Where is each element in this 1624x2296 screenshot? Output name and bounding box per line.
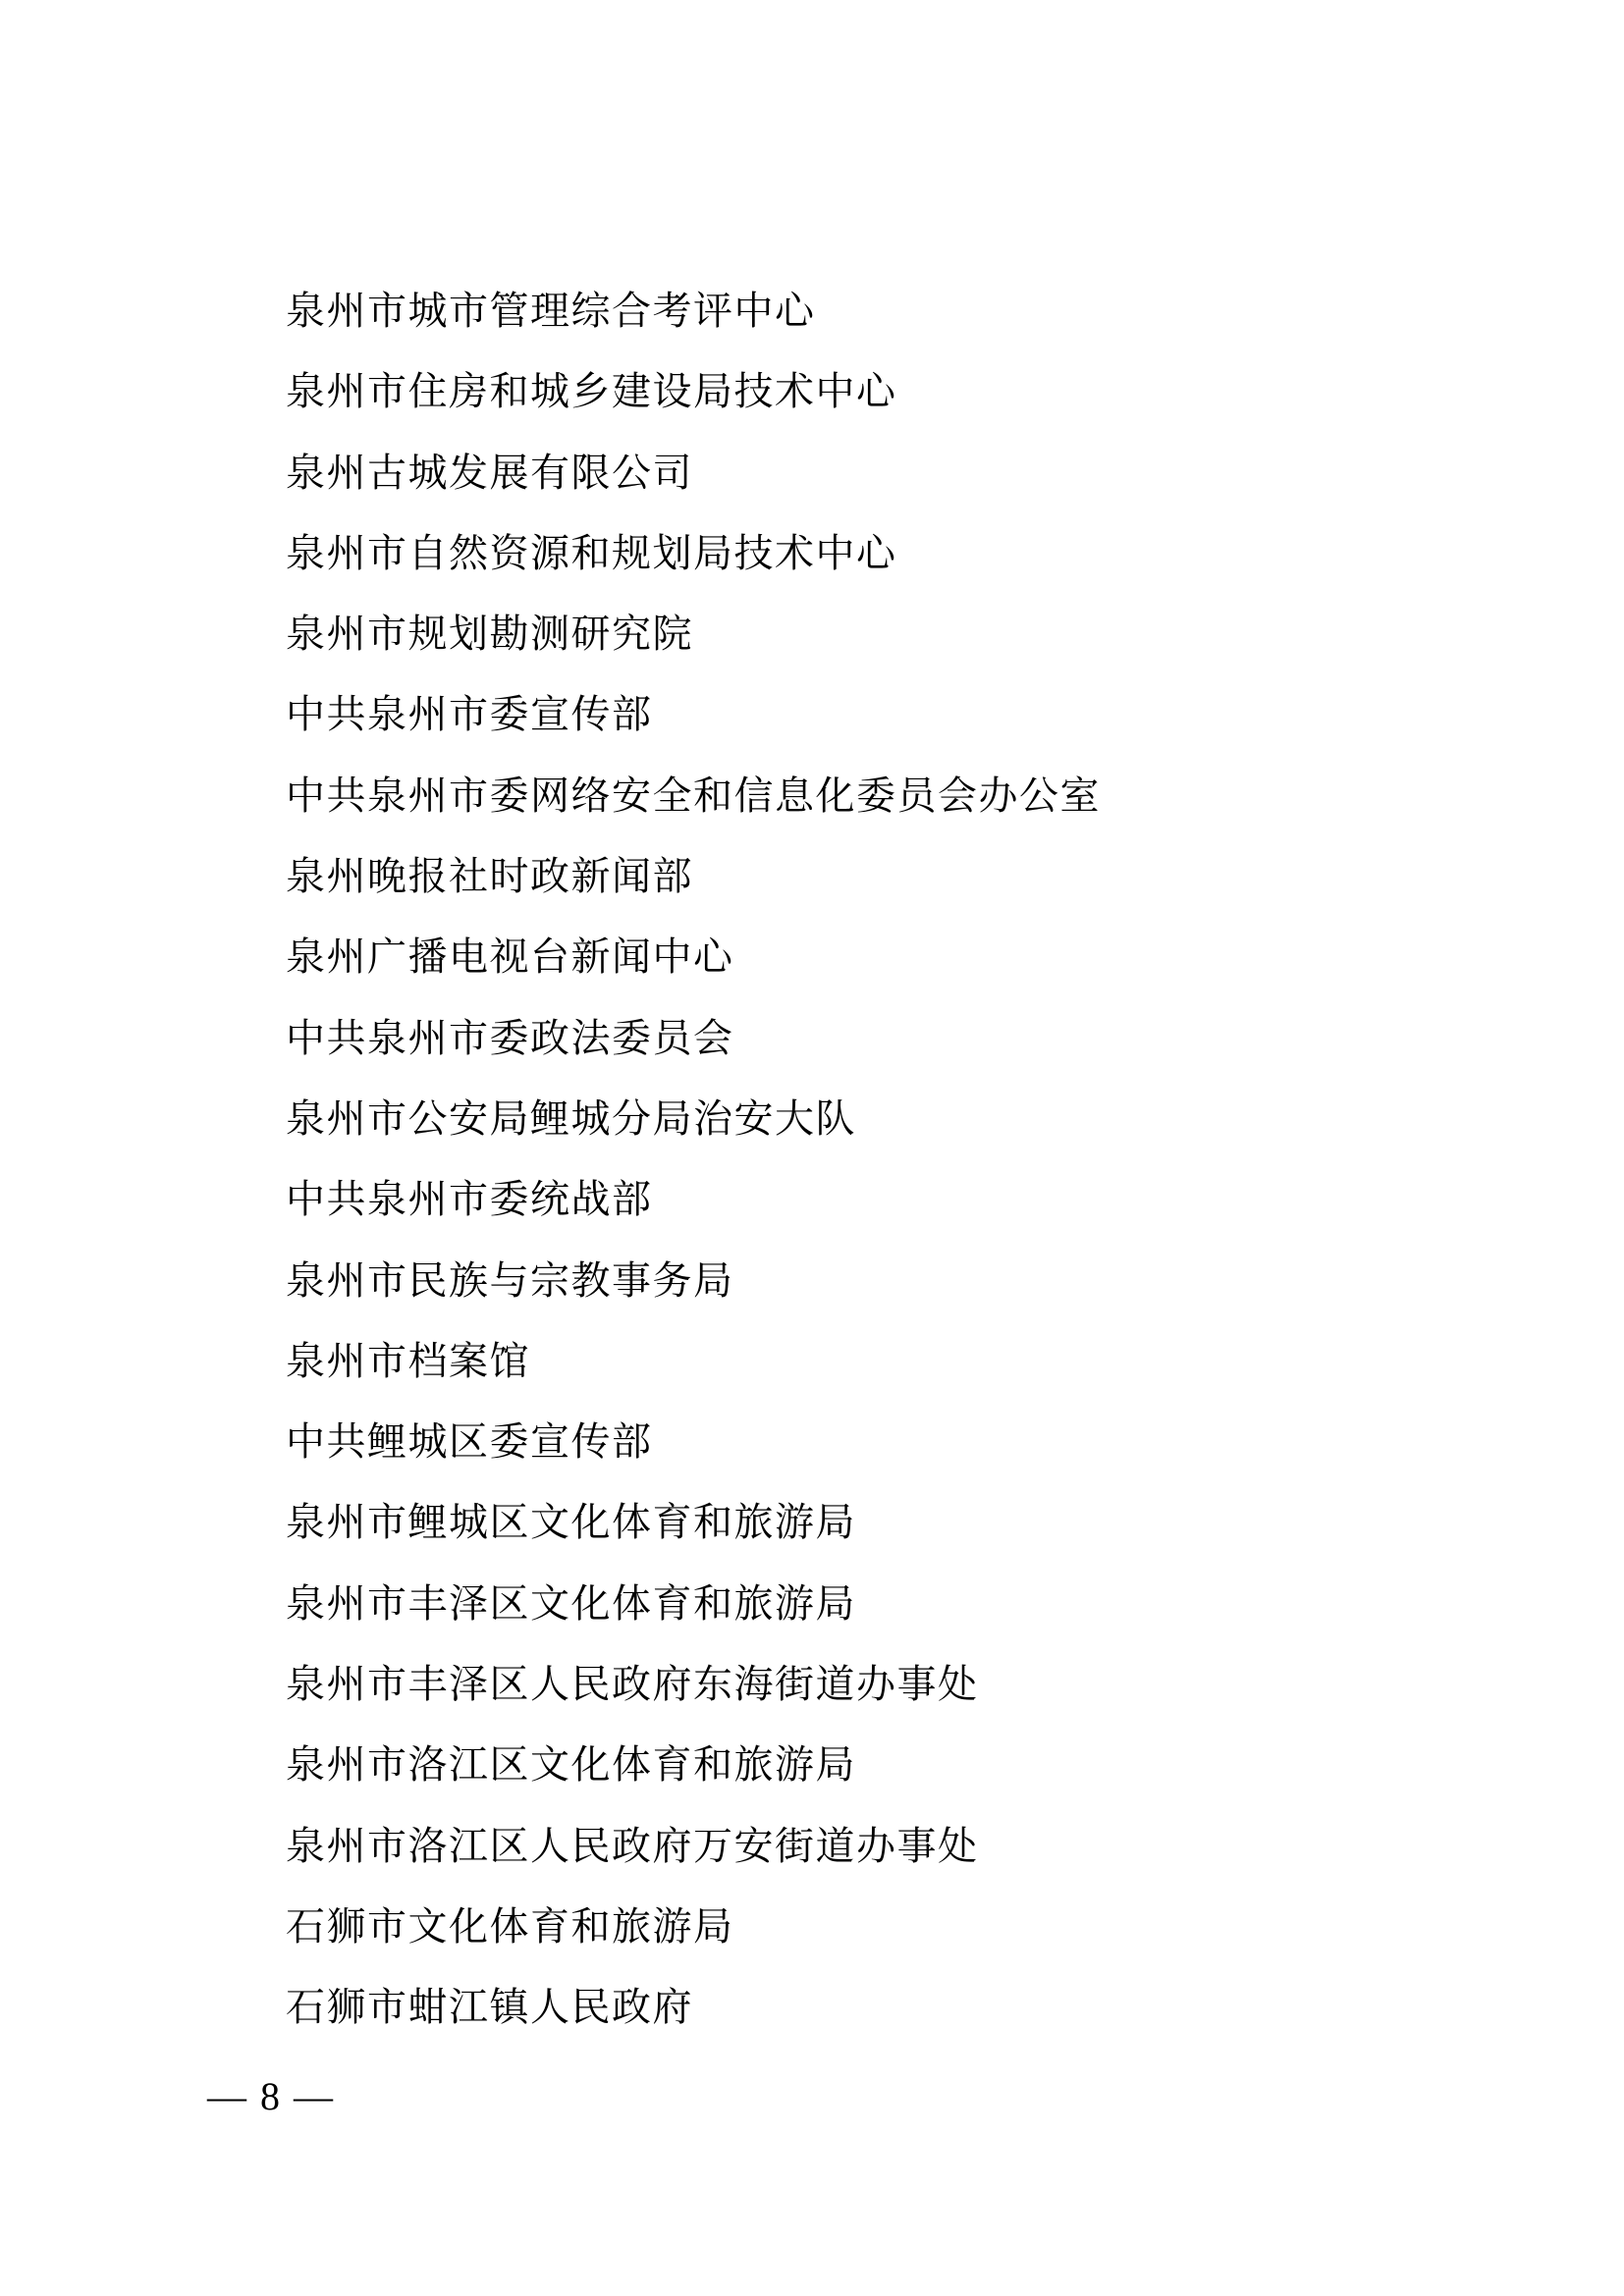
organization-name: 石狮市文化体育和旅游局 <box>286 1904 734 1949</box>
list-item: 泉州市丰泽区文化体育和旅游局 <box>286 1564 1101 1644</box>
list-item: 泉州市公安局鲤城分局治安大队 <box>286 1079 1101 1159</box>
list-item: 泉州晚报社时政新闻部 <box>286 836 1101 917</box>
list-item: 中共泉州市委宣传部 <box>286 674 1101 755</box>
organization-name: 中共泉州市委网络安全和信息化委员会办公室 <box>286 774 1101 818</box>
list-item: 中共泉州市委网络安全和信息化委员会办公室 <box>286 756 1101 836</box>
list-item: 中共鲤城区委宣传部 <box>286 1402 1101 1482</box>
list-item: 泉州市住房和城乡建设局技术中心 <box>286 351 1101 432</box>
organization-name: 中共泉州市委统战部 <box>286 1177 653 1221</box>
organization-name: 泉州市丰泽区文化体育和旅游局 <box>286 1581 856 1626</box>
list-item: 中共泉州市委政法委员会 <box>286 998 1101 1079</box>
organization-name: 泉州市住房和城乡建设局技术中心 <box>286 369 897 413</box>
organization-name: 泉州市档案馆 <box>286 1339 530 1383</box>
organization-name: 泉州市丰泽区人民政府东海街道办事处 <box>286 1662 979 1706</box>
organization-name: 泉州市民族与宗教事务局 <box>286 1258 734 1303</box>
organization-list: 泉州市城市管理综合考评中心 泉州市住房和城乡建设局技术中心 泉州古城发展有限公司… <box>286 271 1101 2049</box>
list-item: 中共泉州市委统战部 <box>286 1159 1101 1240</box>
document-page: 泉州市城市管理综合考评中心 泉州市住房和城乡建设局技术中心 泉州古城发展有限公司… <box>0 0 1624 2296</box>
list-item: 泉州市洛江区文化体育和旅游局 <box>286 1725 1101 1805</box>
list-item: 泉州市城市管理综合考评中心 <box>286 271 1101 351</box>
list-item: 泉州市档案馆 <box>286 1321 1101 1402</box>
list-item: 泉州古城发展有限公司 <box>286 433 1101 513</box>
organization-name: 泉州市城市管理综合考评中心 <box>286 289 816 333</box>
list-item: 石狮市蚶江镇人民政府 <box>286 1967 1101 2048</box>
list-item: 泉州市丰泽区人民政府东海街道办事处 <box>286 1644 1101 1725</box>
page-footer: — 8 — <box>207 2073 335 2120</box>
organization-name: 泉州市规划勘测研究院 <box>286 612 693 656</box>
list-item: 泉州市规划勘测研究院 <box>286 594 1101 674</box>
list-item: 泉州广播电视台新闻中心 <box>286 917 1101 997</box>
organization-name: 泉州古城发展有限公司 <box>286 451 693 495</box>
list-item: 泉州市自然资源和规划局技术中心 <box>286 513 1101 594</box>
organization-name: 泉州广播电视台新闻中心 <box>286 934 734 979</box>
organization-name: 中共泉州市委宣传部 <box>286 692 653 736</box>
organization-name: 泉州晚报社时政新闻部 <box>286 854 693 898</box>
page-number: — 8 — <box>207 2074 335 2118</box>
list-item: 泉州市民族与宗教事务局 <box>286 1241 1101 1321</box>
organization-name: 泉州市鲤城区文化体育和旅游局 <box>286 1500 856 1544</box>
organization-name: 石狮市蚶江镇人民政府 <box>286 1985 693 2029</box>
organization-name: 中共泉州市委政法委员会 <box>286 1016 734 1060</box>
list-item: 泉州市洛江区人民政府万安街道办事处 <box>286 1806 1101 1887</box>
organization-name: 泉州市公安局鲤城分局治安大队 <box>286 1096 856 1141</box>
list-item: 泉州市鲤城区文化体育和旅游局 <box>286 1482 1101 1563</box>
organization-name: 中共鲤城区委宣传部 <box>286 1419 653 1464</box>
organization-name: 泉州市洛江区文化体育和旅游局 <box>286 1742 856 1787</box>
organization-name: 泉州市洛江区人民政府万安街道办事处 <box>286 1824 979 1868</box>
organization-name: 泉州市自然资源和规划局技术中心 <box>286 531 897 575</box>
list-item: 石狮市文化体育和旅游局 <box>286 1887 1101 1967</box>
